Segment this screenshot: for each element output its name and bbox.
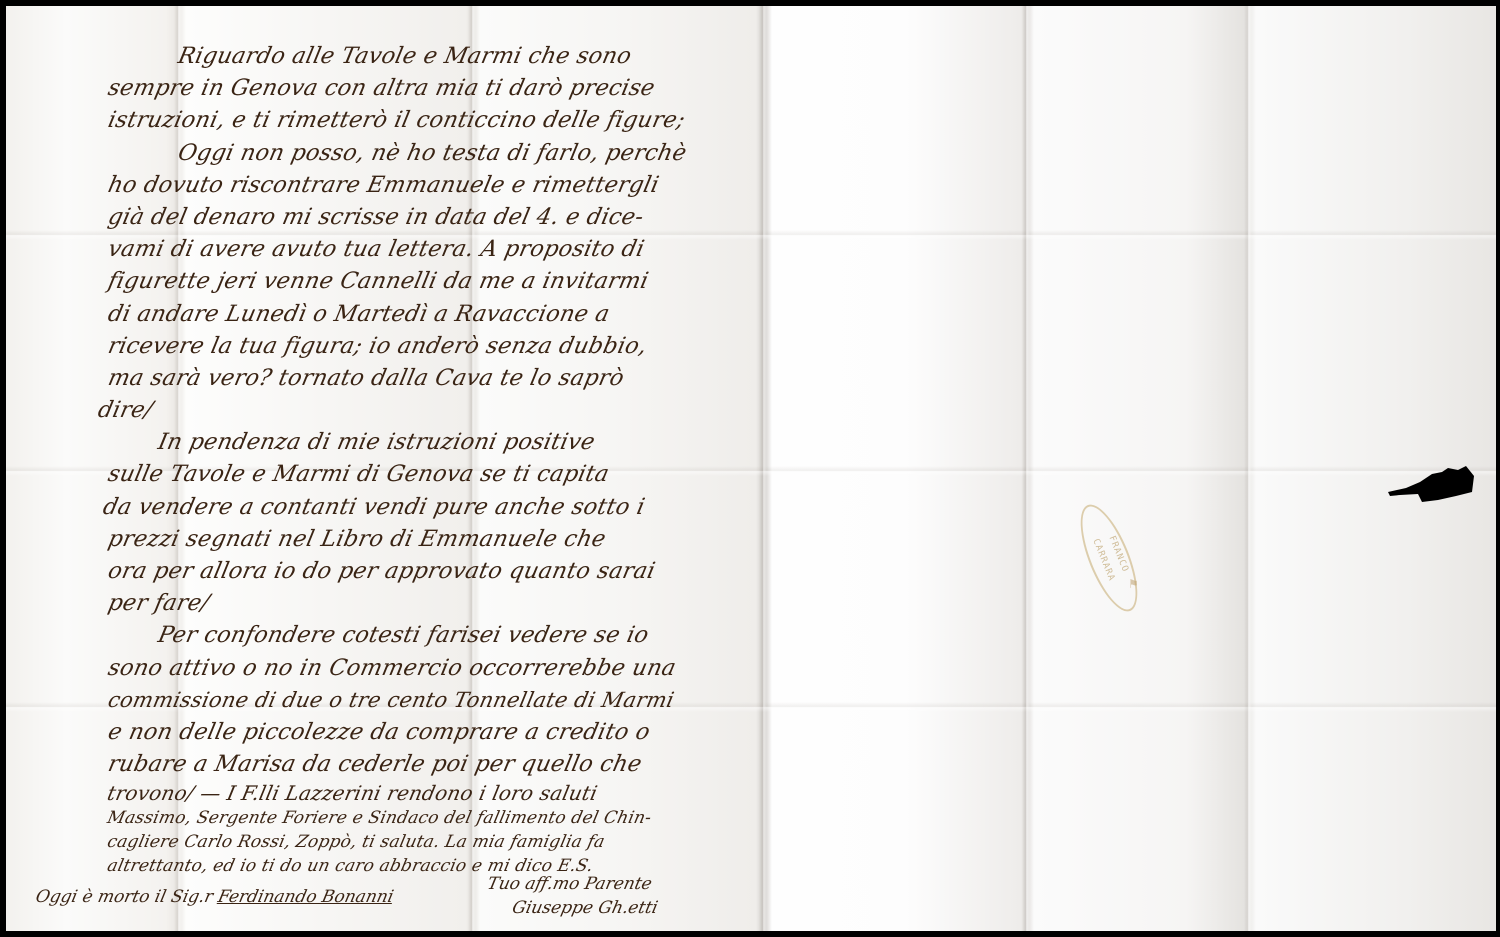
- letter-line: Oggi non posso, nè ho testa di farlo, pe…: [60, 137, 767, 169]
- letter-line: sulle Tavole e Marmi di Genova se ti cap…: [60, 458, 767, 490]
- postscript-prefix: Oggi è morto il Sig.r: [34, 887, 215, 907]
- letter-line: istruzioni, e ti rimetterò il conticcino…: [60, 104, 767, 136]
- letter-line: ho dovuto riscontrare Emmanuele e rimett…: [60, 169, 767, 201]
- letter-body: Riguardo alle Tavole e Marmi che sono se…: [60, 40, 760, 878]
- closing-line: Tuo aff.mo Parente: [485, 872, 665, 896]
- letter-line: Riguardo alle Tavole e Marmi che sono: [60, 40, 767, 72]
- letter-line: trovono/ — I F.lli Lazzerini rendono i l…: [60, 780, 766, 806]
- letter-line: per fare/: [60, 587, 767, 619]
- letter-line: In pendenza di mie istruzioni positive: [60, 426, 767, 458]
- letter-line: di andare Lunedì o Martedì a Ravaccione …: [60, 298, 767, 330]
- stamp-mark-icon: ⚑: [1128, 577, 1139, 591]
- letter-line: da vendere a contanti vendi pure anche s…: [60, 491, 767, 523]
- postscript-name: Ferdinando Bonanni: [216, 887, 395, 907]
- letter-line: e non delle piccolezze da comprare a cre…: [60, 716, 767, 748]
- letter-line: rubare a Marisa da cederle poi per quell…: [60, 748, 767, 780]
- letter-line: ricevere la tua figura; io anderò senza …: [60, 330, 767, 362]
- letter-line: commissione di due o tre cento Tonnellat…: [60, 684, 767, 716]
- letter-line: già del denaro mi scrisse in data del 4.…: [60, 201, 767, 233]
- signature: Giuseppe Gh.etti: [480, 896, 660, 920]
- vertical-fold-line: [1244, 6, 1252, 931]
- letter-line: Per confondere cotesti farisei vedere se…: [60, 619, 767, 651]
- torn-seal-hole-icon: [1386, 462, 1476, 502]
- letter-line: dire/: [60, 394, 767, 426]
- letter-line: sono attivo o no in Commercio occorrereb…: [60, 652, 767, 684]
- letter-line: cagliere Carlo Rossi, Zoppò, ti saluta. …: [60, 830, 765, 854]
- letter-line: figurette jeri venne Cannelli da me a in…: [60, 265, 767, 297]
- letter-line: vami di avere avuto tua lettera. A propo…: [60, 233, 767, 265]
- letter-line: prezzi segnati nel Libro di Emmanuele ch…: [60, 523, 767, 555]
- letter-line: Massimo, Sergente Foriere e Sindaco del …: [60, 806, 765, 830]
- vertical-fold-line: [1022, 6, 1030, 931]
- letter-line: sempre in Genova con altra mia ti darò p…: [60, 72, 767, 104]
- postscript: Oggi è morto il Sig.r Ferdinando Bonanni: [34, 887, 395, 907]
- closing-block: Tuo aff.mo Parente Giuseppe Gh.etti: [480, 872, 665, 920]
- letter-line: ora per allora io do per approvato quant…: [60, 555, 767, 587]
- letter-line: ma sarà vero? tornato dalla Cava te lo s…: [60, 362, 767, 394]
